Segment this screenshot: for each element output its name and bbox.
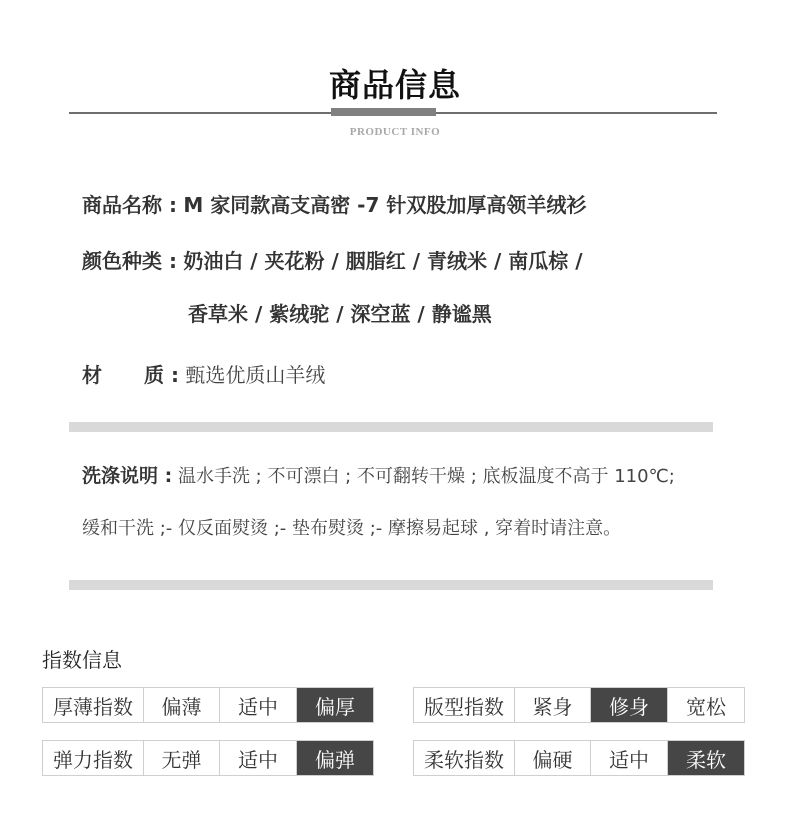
index-option-selected: 修身 — [591, 688, 668, 722]
index-label: 柔软指数 — [414, 741, 515, 775]
index-label: 版型指数 — [414, 688, 515, 722]
index-label: 弹力指数 — [43, 741, 144, 775]
index-table-softness: 柔软指数 偏硬 适中 柔软 — [413, 740, 745, 776]
product-name-label: 商品名称 : — [82, 193, 177, 217]
index-option: 偏薄 — [144, 688, 220, 722]
index-option-selected: 偏厚 — [297, 688, 373, 722]
material-value: 甄选优质山羊绒 — [185, 363, 325, 387]
index-option: 无弹 — [144, 741, 220, 775]
index-option: 宽松 — [668, 688, 744, 722]
index-option: 适中 — [220, 741, 297, 775]
divider-top — [69, 422, 713, 432]
material-label-1: 材 — [82, 363, 102, 387]
index-table-elasticity: 弹力指数 无弹 适中 偏弹 — [42, 740, 374, 776]
wash-line1: 温水手洗 ; 不可漂白 ; 不可翻转干燥 ; 底板温度不高于 110℃; — [178, 466, 675, 487]
index-option-selected: 偏弹 — [297, 741, 373, 775]
index-table-thickness: 厚薄指数 偏薄 适中 偏厚 — [42, 687, 374, 723]
product-name-value: M 家同款高支高密 -7 针双股加厚高领羊绒衫 — [183, 193, 586, 217]
title-rule-accent — [331, 108, 436, 116]
index-option: 适中 — [220, 688, 297, 722]
color-values-line2: 香草米 / 紫绒驼 / 深空蓝 / 静谧黑 — [188, 302, 492, 326]
material-label-2: 质 : — [144, 363, 179, 387]
color-label: 颜色种类 : — [82, 249, 177, 273]
page-title: 商品信息 — [0, 60, 790, 106]
index-option: 紧身 — [515, 688, 591, 722]
color-row: 颜色种类 : 奶油白 / 夹花粉 / 胭脂红 / 青绒米 / 南瓜棕 / — [82, 245, 583, 274]
wash-label: 洗涤说明 : — [82, 465, 172, 487]
index-heading: 指数信息 — [42, 644, 122, 673]
material-row: 材 — [82, 359, 102, 388]
page-subtitle: PRODUCT INFO — [0, 126, 790, 138]
wash-row-2: 缓和干洗 ;- 仅反面熨烫 ;- 垫布熨烫 ;- 摩擦易起球 , 穿着时请注意。 — [82, 514, 621, 540]
index-option: 偏硬 — [515, 741, 591, 775]
index-label: 厚薄指数 — [43, 688, 144, 722]
divider-bottom — [69, 580, 713, 590]
product-name-row: 商品名称 : M 家同款高支高密 -7 针双股加厚高领羊绒衫 — [82, 189, 586, 218]
index-table-fit: 版型指数 紧身 修身 宽松 — [413, 687, 745, 723]
material-row-b: 质 : 甄选优质山羊绒 — [144, 359, 325, 388]
color-row-2: 香草米 / 紫绒驼 / 深空蓝 / 静谧黑 — [188, 298, 492, 327]
color-values-line1: 奶油白 / 夹花粉 / 胭脂红 / 青绒米 / 南瓜棕 / — [183, 249, 582, 273]
wash-line2: 缓和干洗 ;- 仅反面熨烫 ;- 垫布熨烫 ;- 摩擦易起球 , 穿着时请注意。 — [82, 518, 621, 539]
index-option: 适中 — [591, 741, 668, 775]
wash-row-1: 洗涤说明 : 温水手洗 ; 不可漂白 ; 不可翻转干燥 ; 底板温度不高于 11… — [82, 461, 675, 488]
index-option-selected: 柔软 — [668, 741, 744, 775]
